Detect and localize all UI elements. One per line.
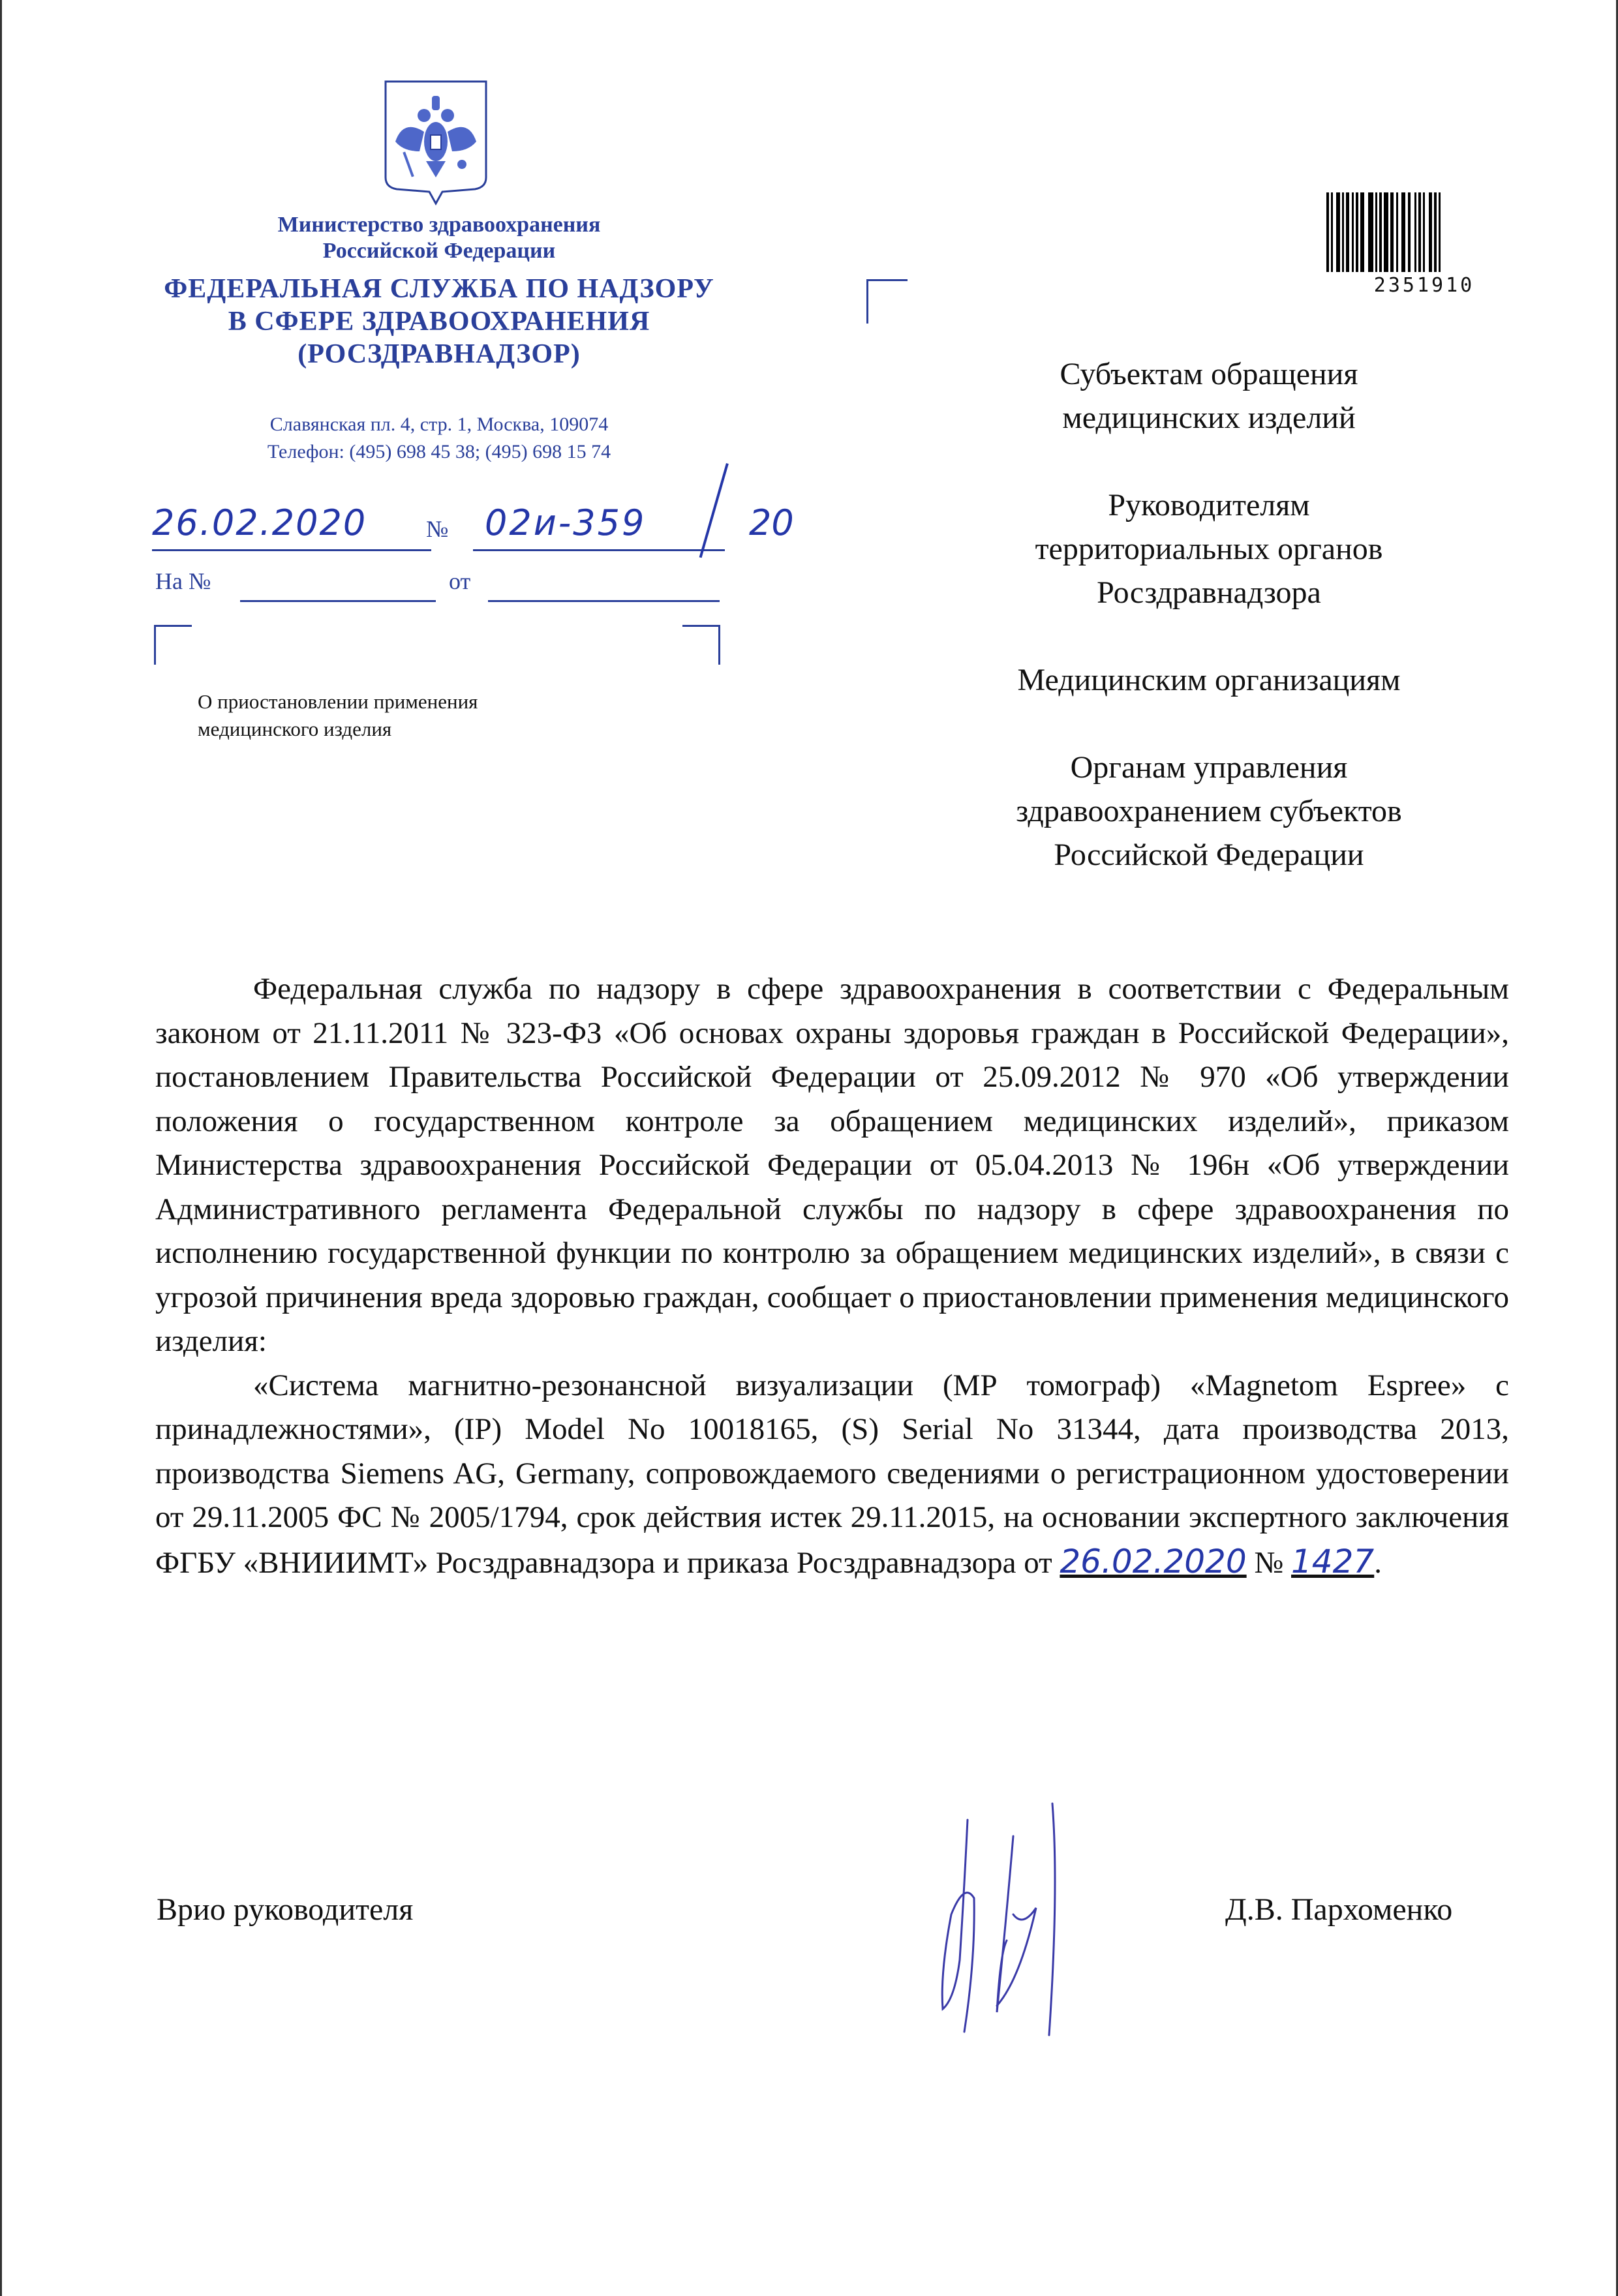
order-number: 1427 xyxy=(1291,1543,1374,1580)
russian-coat-of-arms-icon xyxy=(384,80,488,207)
outgoing-number-suffix: 20 xyxy=(749,502,794,543)
reply-number-field xyxy=(240,600,436,602)
addressee-group: Субъектам обращения медицинских изделий xyxy=(922,352,1496,440)
handwritten-signature-icon xyxy=(902,1790,1098,2038)
letter-body: Федеральная служба по надзору в сфере зд… xyxy=(155,967,1509,1585)
agency-address: Славянская пл. 4, стр. 1, Москва, 109074 xyxy=(152,411,726,438)
body-paragraph: Федеральная служба по надзору в сфере зд… xyxy=(155,967,1509,1364)
order-date: 26.02.2020 xyxy=(1060,1543,1246,1580)
ministry-name: Министерство здравоохранения Российской … xyxy=(165,212,713,264)
reply-date-label: от xyxy=(449,567,470,595)
number-slash xyxy=(699,463,729,558)
subject-bracket-right xyxy=(682,625,720,665)
outgoing-date: 26.02.2020 xyxy=(152,502,367,543)
subject-bracket-left xyxy=(154,625,192,665)
date-underline xyxy=(152,549,431,551)
addressee-group: Органам управления здравоохранением субъ… xyxy=(922,746,1496,877)
barcode-number: 2351910 xyxy=(1326,274,1522,297)
letter-page: Министерство здравоохранения Российской … xyxy=(0,0,1618,2296)
addressee-group: Руководителям территориальных органов Ро… xyxy=(922,483,1496,614)
body-paragraph: «Система магнитно-резонансной визуализац… xyxy=(155,1364,1509,1586)
letter-subject: О приостановлении применения медицинског… xyxy=(198,688,478,743)
agency-phone: Телефон: (495) 698 45 38; (495) 698 15 7… xyxy=(152,438,726,466)
order-number-label: № xyxy=(1254,1546,1283,1580)
agency-name: ФЕДЕРАЛЬНАЯ СЛУЖБА ПО НАДЗОРУ В СФЕРЕ ЗД… xyxy=(132,273,746,370)
addressee-bracket xyxy=(866,279,908,324)
signer-name: Д.В. Пархоменко xyxy=(1225,1892,1452,1927)
number-sign: № xyxy=(426,515,448,543)
barcode-icon xyxy=(1326,192,1522,272)
number-underline xyxy=(473,549,725,551)
reply-date-field xyxy=(488,600,720,602)
addressee-block: Субъектам обращения медицинских изделий … xyxy=(922,352,1496,920)
signer-title: Врио руководителя xyxy=(157,1892,413,1927)
agency-contacts: Славянская пл. 4, стр. 1, Москва, 109074… xyxy=(152,411,726,466)
addressee-group: Медицинским организациям xyxy=(922,658,1496,702)
outgoing-number: 02и-359 xyxy=(485,502,646,543)
reply-number-label: На № xyxy=(155,567,211,595)
